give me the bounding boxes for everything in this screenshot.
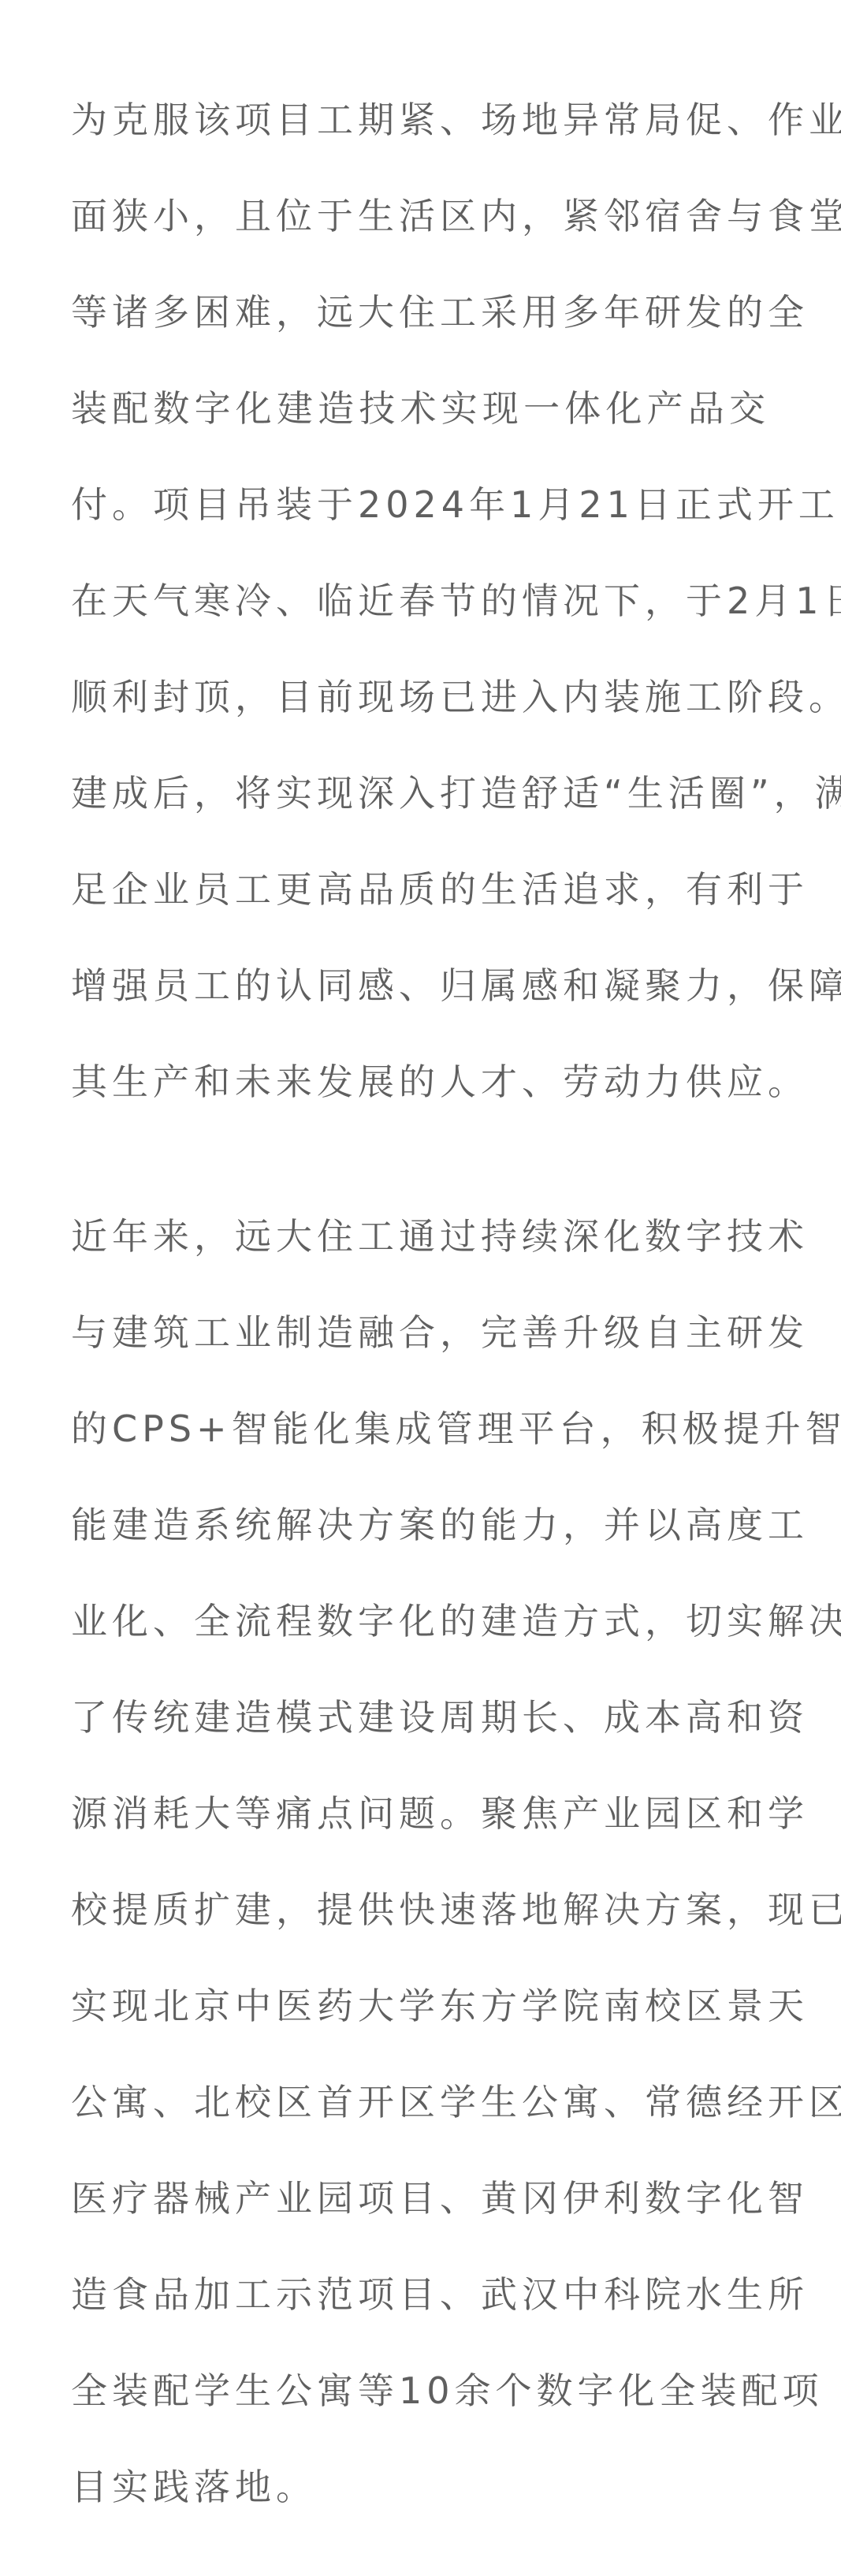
- text-line: 实现北京中医药大学东方学院南校区景天: [71, 1982, 770, 2030]
- text-line: 近年来，远大住工通过持续深化数字技术: [71, 1213, 770, 1260]
- text-line: 面狭小，且位于生活区内，紧邻宿舍与食堂: [71, 192, 770, 240]
- text-line: 等诸多困难，远大住工采用多年研发的全: [71, 289, 770, 336]
- text-line: 公寓、北校区首开区学生公寓、常德经开区: [71, 2078, 770, 2126]
- text-line: 付。项目吊装于2024年1月21日正式开工，: [71, 481, 770, 528]
- text-line: 业化、全流程数字化的建造方式，切实解决: [71, 1597, 770, 1645]
- text-line: 了传统建造模式建设周期长、成本高和资: [71, 1694, 770, 1741]
- text-line: 与建筑工业制造融合，完善升级自主研发: [71, 1309, 770, 1356]
- text-line: 建成后，将实现深入打造舒适“生活圈”，满: [71, 770, 770, 817]
- text-line: 源消耗大等痛点问题。聚焦产业园区和学: [71, 1790, 770, 1837]
- text-line: 增强员工的认同感、归属感和凝聚力，保障: [71, 962, 770, 1009]
- text-line: 医疗器械产业园项目、黄冈伊利数字化智: [71, 2175, 770, 2222]
- text-line: 造食品加工示范项目、武汉中科院水生所: [71, 2271, 770, 2318]
- text-line: 的CPS+智能化集成管理平台，积极提升智: [71, 1405, 770, 1452]
- text-line: 能建造系统解决方案的能力，并以高度工: [71, 1501, 770, 1549]
- text-line: 足企业员工更高品质的生活追求，有利于: [71, 866, 770, 913]
- text-line: 全装配学生公寓等10余个数字化全装配项: [71, 2367, 770, 2414]
- text-line: 在天气寒冷、临近春节的情况下，于2月1日: [71, 577, 770, 624]
- text-line: 装配数字化建造技术实现一体化产品交: [71, 385, 770, 432]
- text-line: 目实践落地。: [71, 2463, 770, 2511]
- text-line: 顺利封顶，目前现场已进入内装施工阶段。: [71, 673, 770, 721]
- text-line: 为克服该项目工期紧、场地异常局促、作业: [71, 96, 770, 144]
- text-line: 其生产和未来发展的人才、劳动力供应。: [71, 1058, 770, 1105]
- text-line: 校提质扩建，提供快速落地解决方案，现已: [71, 1886, 770, 1933]
